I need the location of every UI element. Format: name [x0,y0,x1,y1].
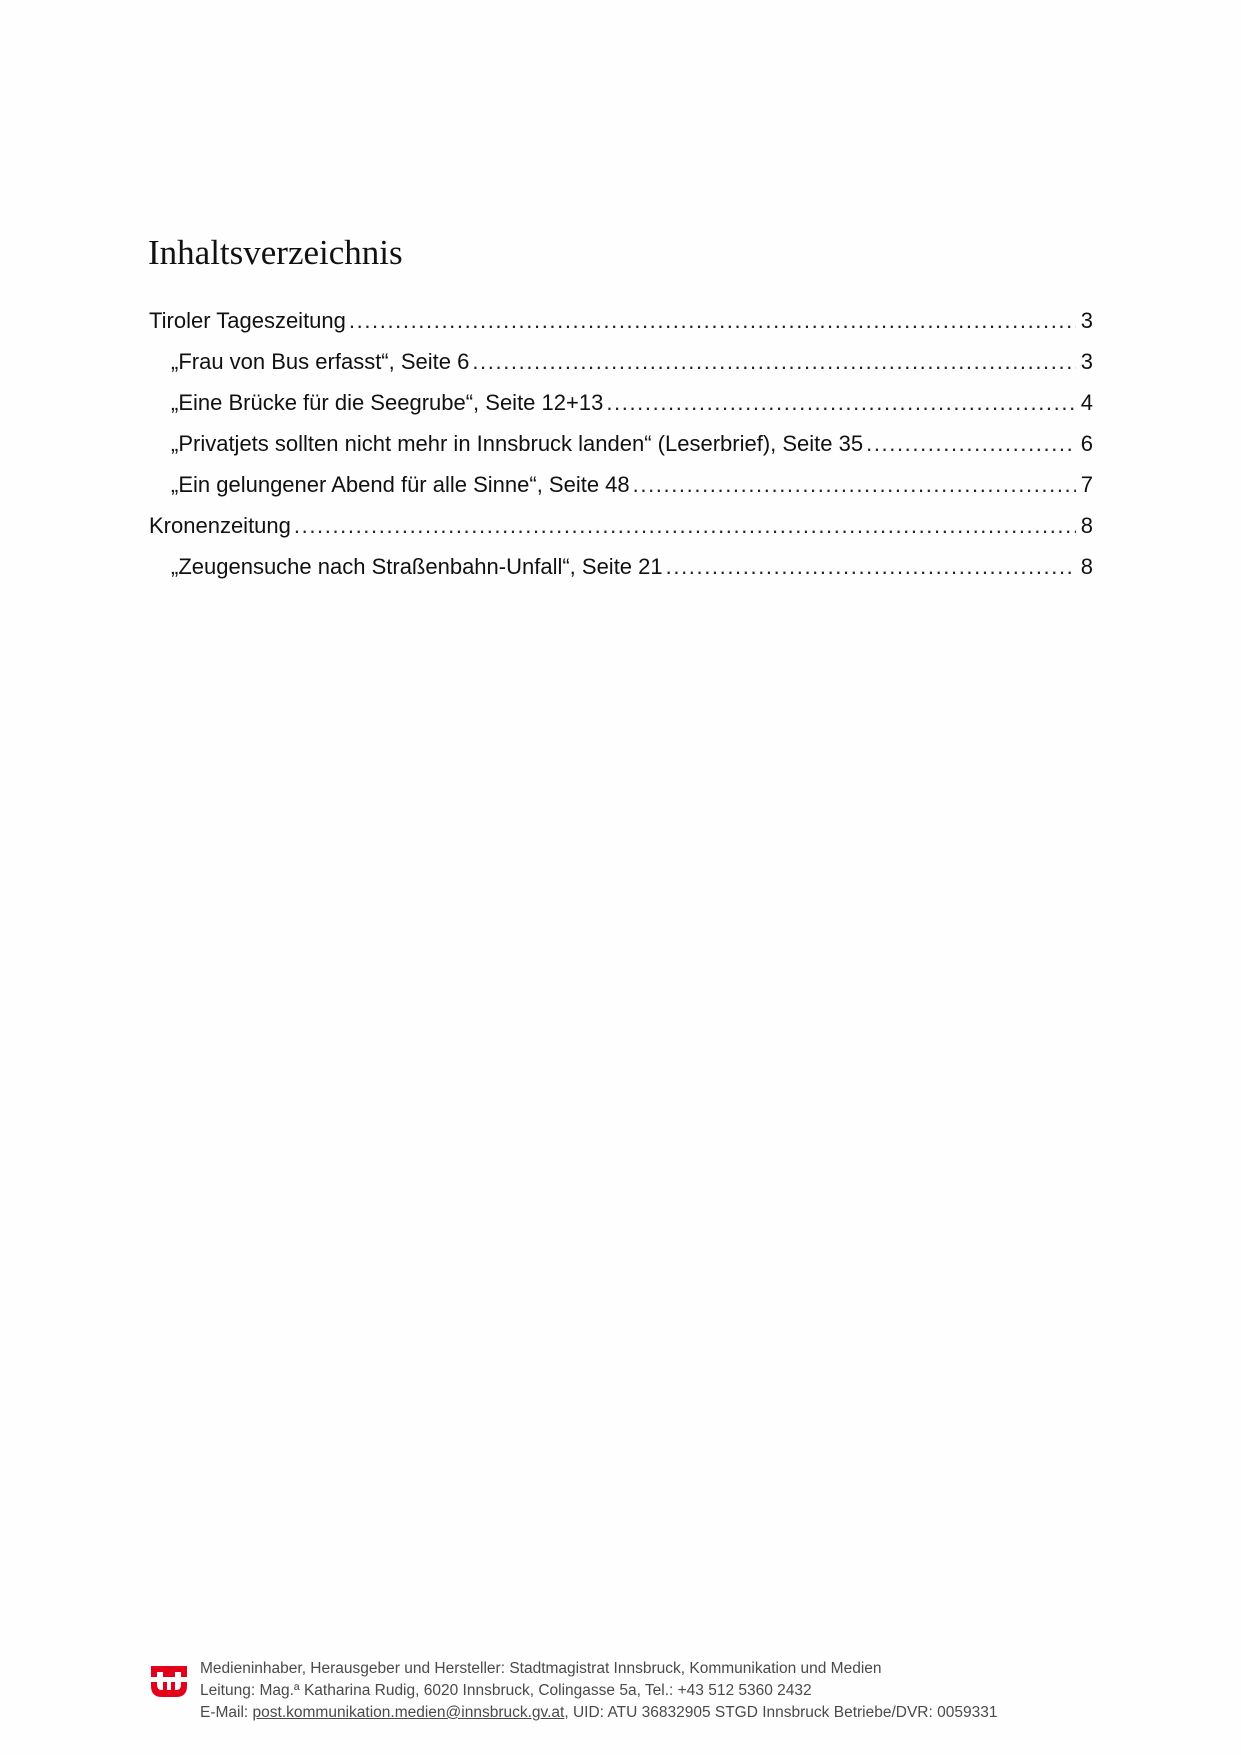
toc-dot-leader [633,472,1076,498]
toc-entry-tiroler-tageszeitung[interactable]: Tiroler Tageszeitung 3 [149,308,1093,349]
toc-entry-zeugensuche[interactable]: „Zeugensuche nach Straßenbahn-Unfall“, S… [149,554,1093,595]
toc-entry-page: 8 [1079,554,1093,580]
toc-dot-leader [866,431,1076,457]
toc-entry-frau-von-bus-erfasst[interactable]: „Frau von Bus erfasst“, Seite 6 3 [149,349,1093,390]
toc-entry-title: „Frau von Bus erfasst“, Seite 6 [171,349,469,375]
footer-imprint: Medieninhaber, Herausgeber und Herstelle… [200,1658,997,1724]
toc-entry-title: „Privatjets sollten nicht mehr in Innsbr… [171,431,863,457]
toc-entry-title: Tiroler Tageszeitung [149,308,346,334]
toc-entry-page: 8 [1079,513,1093,539]
innsbruck-city-logo-icon [150,1664,188,1698]
toc-dot-leader [472,349,1076,375]
toc-entry-page: 7 [1079,472,1093,498]
footer-publisher-line: Medieninhaber, Herausgeber und Herstelle… [200,1658,997,1680]
footer-email-label: E-Mail: [200,1704,253,1721]
toc-entry-page: 4 [1079,390,1093,416]
toc-heading: Inhaltsverzeichnis [148,233,403,273]
toc-entry-title: Kronenzeitung [149,513,291,539]
table-of-contents: Tiroler Tageszeitung 3 „Frau von Bus erf… [149,308,1093,595]
toc-dot-leader [349,308,1076,334]
toc-entry-bruecke-seegrube[interactable]: „Eine Brücke für die Seegrube“, Seite 12… [149,390,1093,431]
document-page: Inhaltsverzeichnis Tiroler Tageszeitung … [0,0,1241,1755]
toc-entry-page: 3 [1079,349,1093,375]
toc-entry-title: „Zeugensuche nach Straßenbahn-Unfall“, S… [171,554,663,580]
toc-entry-page: 6 [1079,431,1093,457]
page-footer: Medieninhaber, Herausgeber und Herstelle… [150,1656,1100,1726]
footer-contact-line: E-Mail: post.kommunikation.medien@innsbr… [200,1702,997,1724]
toc-entry-privatjets[interactable]: „Privatjets sollten nicht mehr in Innsbr… [149,431,1093,472]
toc-entry-title: „Ein gelungener Abend für alle Sinne“, S… [171,472,630,498]
footer-email-link[interactable]: post.kommunikation.medien@innsbruck.gv.a… [253,1704,565,1721]
footer-uid-text: , UID: ATU 36832905 STGD Innsbruck Betri… [564,1704,997,1721]
toc-entry-gelungener-abend[interactable]: „Ein gelungener Abend für alle Sinne“, S… [149,472,1093,513]
footer-management-line: Leitung: Mag.ª Katharina Rudig, 6020 Inn… [200,1680,997,1702]
toc-entry-kronenzeitung[interactable]: Kronenzeitung 8 [149,513,1093,554]
toc-entry-page: 3 [1079,308,1093,334]
toc-entry-title: „Eine Brücke für die Seegrube“, Seite 12… [171,390,603,416]
toc-dot-leader [294,513,1076,539]
toc-dot-leader [606,390,1076,416]
toc-dot-leader [666,554,1076,580]
